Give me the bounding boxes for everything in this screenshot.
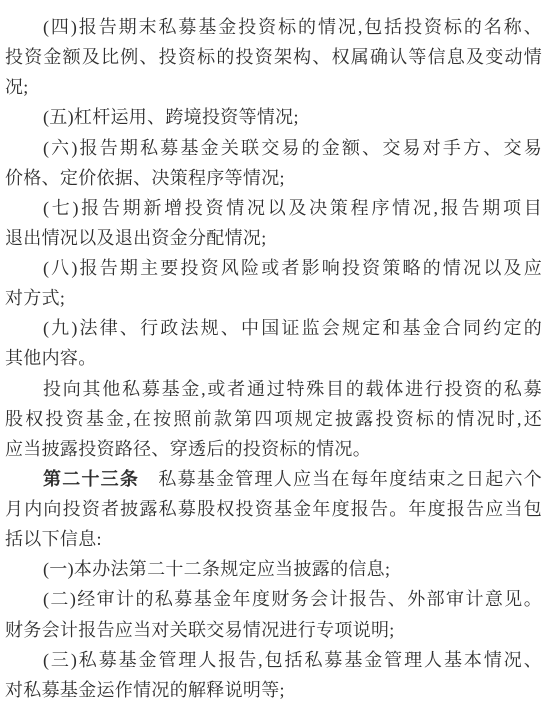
document-body: (四)报告期末私募基金投资标的情况,包括投资标的名称、投资金额及比例、投资标的投… bbox=[5, 12, 542, 705]
document-line: 对私募基金运作情况的解释说明等; bbox=[5, 675, 542, 705]
document-line: 股权投资基金,在按照前款第四项规定披露投资标的情况时,还 bbox=[5, 404, 542, 434]
document-line: 投向其他私募基金,或者通过特殊目的载体进行投资的私募 bbox=[5, 374, 542, 404]
document-line: 对方式; bbox=[5, 283, 542, 313]
document-line: 其他内容。 bbox=[5, 343, 542, 373]
document-line: (八)报告期主要投资风险或者影响投资策略的情况以及应 bbox=[5, 253, 542, 283]
document-line: 况; bbox=[5, 72, 542, 102]
document-line: 月内向投资者披露私募股权投资基金年度报告。年度报告应当包 bbox=[5, 494, 542, 524]
document-line: 财务会计报告应当对关联交易情况进行专项说明; bbox=[5, 615, 542, 645]
article-number: 第二十三条 bbox=[43, 469, 139, 489]
document-line: (四)报告期末私募基金投资标的情况,包括投资标的名称、 bbox=[5, 12, 542, 42]
document-line: (六)报告期私募基金关联交易的金额、交易对手方、交易 bbox=[5, 133, 542, 163]
document-line: (九)法律、行政法规、中国证监会规定和基金合同约定的 bbox=[5, 313, 542, 343]
document-line: (三)私募基金管理人报告,包括私募基金管理人基本情况、 bbox=[5, 645, 542, 675]
document-line: 应当披露投资路径、穿透后的投资标的情况。 bbox=[5, 434, 542, 464]
document-line: 括以下信息: bbox=[5, 524, 542, 554]
document-line: 投资金额及比例、投资标的投资架构、权属确认等信息及变动情 bbox=[5, 42, 542, 72]
document-line: (七)报告期新增投资情况以及决策程序情况,报告期项目 bbox=[5, 193, 542, 223]
document-page: (四)报告期末私募基金投资标的情况,包括投资标的名称、投资金额及比例、投资标的投… bbox=[0, 0, 550, 719]
document-line: (五)杠杆运用、跨境投资等情况; bbox=[5, 102, 542, 132]
document-line: (一)本办法第二十二条规定应当披露的信息; bbox=[5, 554, 542, 584]
document-line: 第二十三条 私募基金管理人应当在每年度结束之日起六个 bbox=[5, 464, 542, 494]
document-line: 退出情况以及退出资金分配情况; bbox=[5, 223, 542, 253]
document-line: (二)经审计的私募基金年度财务会计报告、外部审计意见。 bbox=[5, 584, 542, 614]
document-line: 价格、定价依据、决策程序等情况; bbox=[5, 163, 542, 193]
